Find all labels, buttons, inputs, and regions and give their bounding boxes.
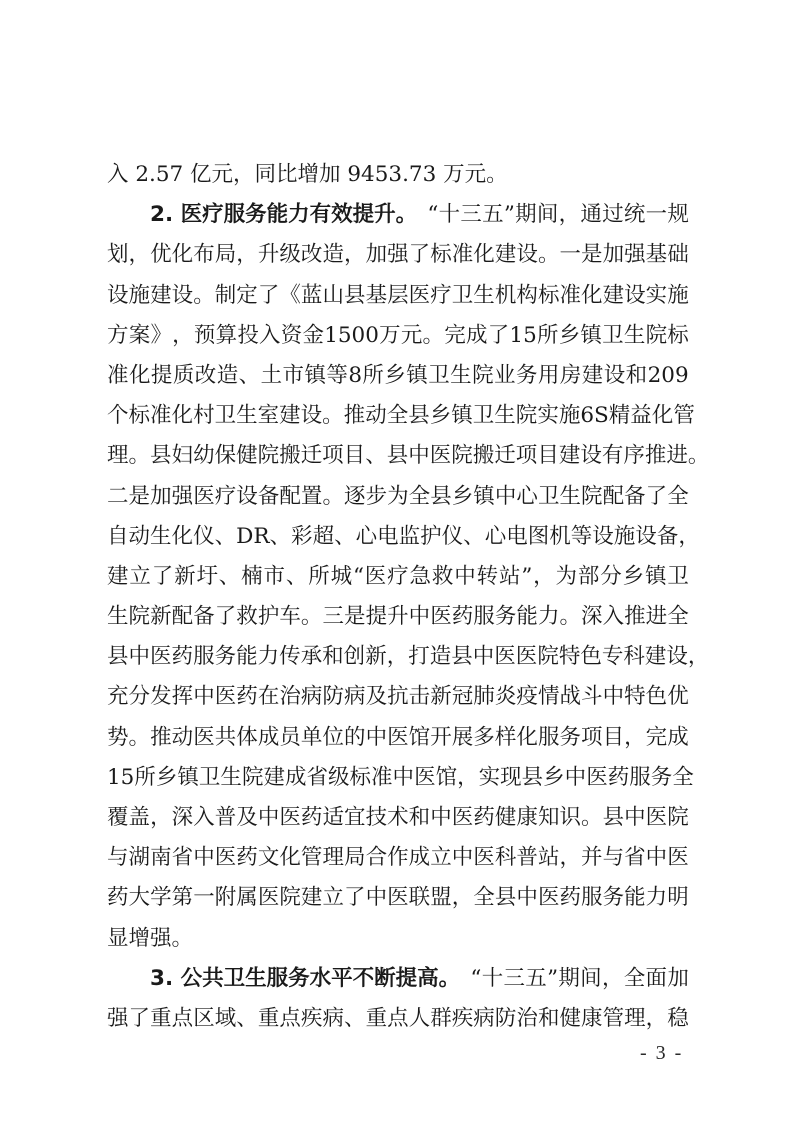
text-line: 与湖南省中医药文化管理局合作成立中医科普站，并与省中医 <box>107 838 689 878</box>
text-line: 县中医药服务能力传承和创新，打造县中医医院特色专科建设， <box>107 637 689 677</box>
text-line: 生院新配备了救护车。三是提升中医药服务能力。深入推进全 <box>107 597 689 637</box>
text-line: 划，优化布局，升级改造，加强了标准化建设。一是加强基础 <box>107 235 689 275</box>
text-line: 入 2.57 亿元，同比增加 9453.73 万元。 <box>107 155 689 195</box>
text-line: 充分发挥中医药在治病防病及抗击新冠肺炎疫情战斗中特色优 <box>107 677 689 717</box>
page-number: - 3 - <box>640 1042 683 1065</box>
section-heading: 2. 医疗服务能力有效提升。 <box>150 195 417 235</box>
text-line: 强了重点区域、重点疾病、重点人群疾病防治和健康管理，稳 <box>107 999 689 1039</box>
document-page: 入 2.57 亿元，同比增加 9453.73 万元。2. 医疗服务能力有效提升。… <box>0 0 793 1122</box>
text-line: 方案》，预算投入资金1500万元。完成了15所乡镇卫生院标 <box>107 316 689 356</box>
text-line: 准化提质改造、土市镇等8所乡镇卫生院业务用房建设和209 <box>107 356 689 396</box>
text-line: 显增强。 <box>107 919 689 959</box>
text-line: 个标准化村卫生室建设。推动全县乡镇卫生院实施6S精益化管 <box>107 396 689 436</box>
text-line: 药大学第一附属医院建立了中医联盟，全县中医药服务能力明 <box>107 878 689 918</box>
text-line: 自动生化仪、DR、彩超、心电监护仪、心电图机等设施设备， <box>107 517 689 557</box>
text-line: 二是加强医疗设备配置。逐步为全县乡镇中心卫生院配备了全 <box>107 477 689 517</box>
text-line: 3. 公共卫生服务水平不断提高。“十三五”期间，全面加 <box>107 959 689 999</box>
text-line: 覆盖，深入普及中医药适宜技术和中医药健康知识。县中医院 <box>107 798 689 838</box>
section-heading: 3. 公共卫生服务水平不断提高。 <box>150 959 460 999</box>
text-line: 势。推动医共体成员单位的中医馆开展多样化服务项目，完成 <box>107 718 689 758</box>
body-text: 入 2.57 亿元，同比增加 9453.73 万元。2. 医疗服务能力有效提升。… <box>107 155 689 1039</box>
text-line: 建立了新圩、楠市、所城“医疗急救中转站”，为部分乡镇卫 <box>107 557 689 597</box>
text-line: 设施建设。制定了《蓝山县基层医疗卫生机构标准化建设实施 <box>107 276 689 316</box>
text-line: 15所乡镇卫生院建成省级标准中医馆，实现县乡中医药服务全 <box>107 758 689 798</box>
text-line: 理。县妇幼保健院搬迁项目、县中医院搬迁项目建设有序推进。 <box>107 436 689 476</box>
text-line: 2. 医疗服务能力有效提升。“十三五”期间，通过统一规 <box>107 195 689 235</box>
